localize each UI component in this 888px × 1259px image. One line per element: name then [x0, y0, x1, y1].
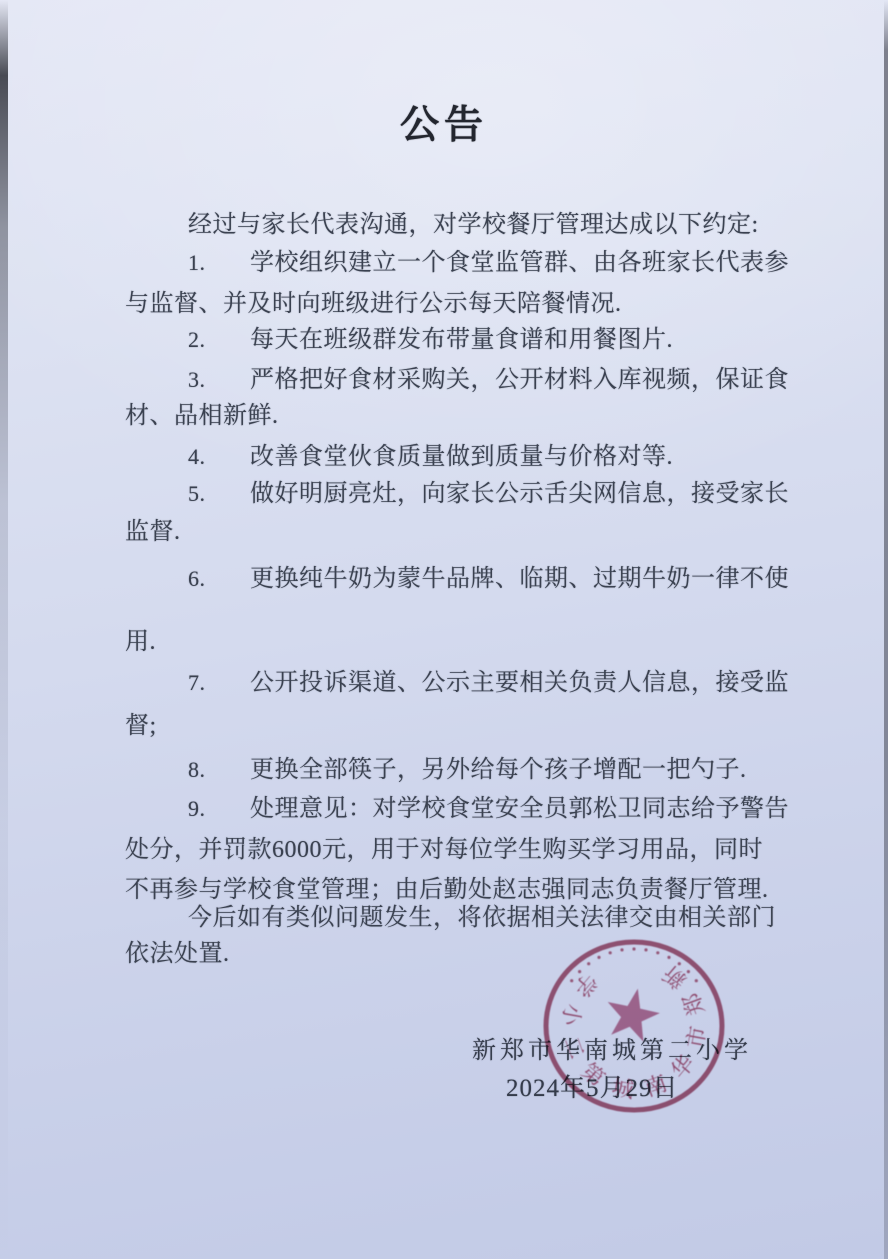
- seal-arc-character: 第: [577, 1058, 610, 1091]
- seal-arc-character: 新: [658, 961, 691, 994]
- seal-arc-character: 南: [641, 1070, 670, 1101]
- seal-arc-character: 城: [610, 1074, 636, 1102]
- photographed-announcement-page: 公告 经过与家长代表沟通，对学校餐厅管理达成以下约定:1.学校组织建立一个食堂监…: [0, 0, 888, 1259]
- seal-arc-character: 二: [559, 1033, 590, 1062]
- seal-arc-character: 小: [557, 1002, 586, 1029]
- seal-arc-character: 郑: [678, 990, 709, 1019]
- seal-arc-character: 华: [666, 1050, 699, 1083]
- seal-arc-character: 市: [682, 1024, 710, 1050]
- official-seal-stamp: 新郑市华南城第二小学: [0, 0, 888, 1259]
- seal-arc-character: 学: [569, 969, 602, 1002]
